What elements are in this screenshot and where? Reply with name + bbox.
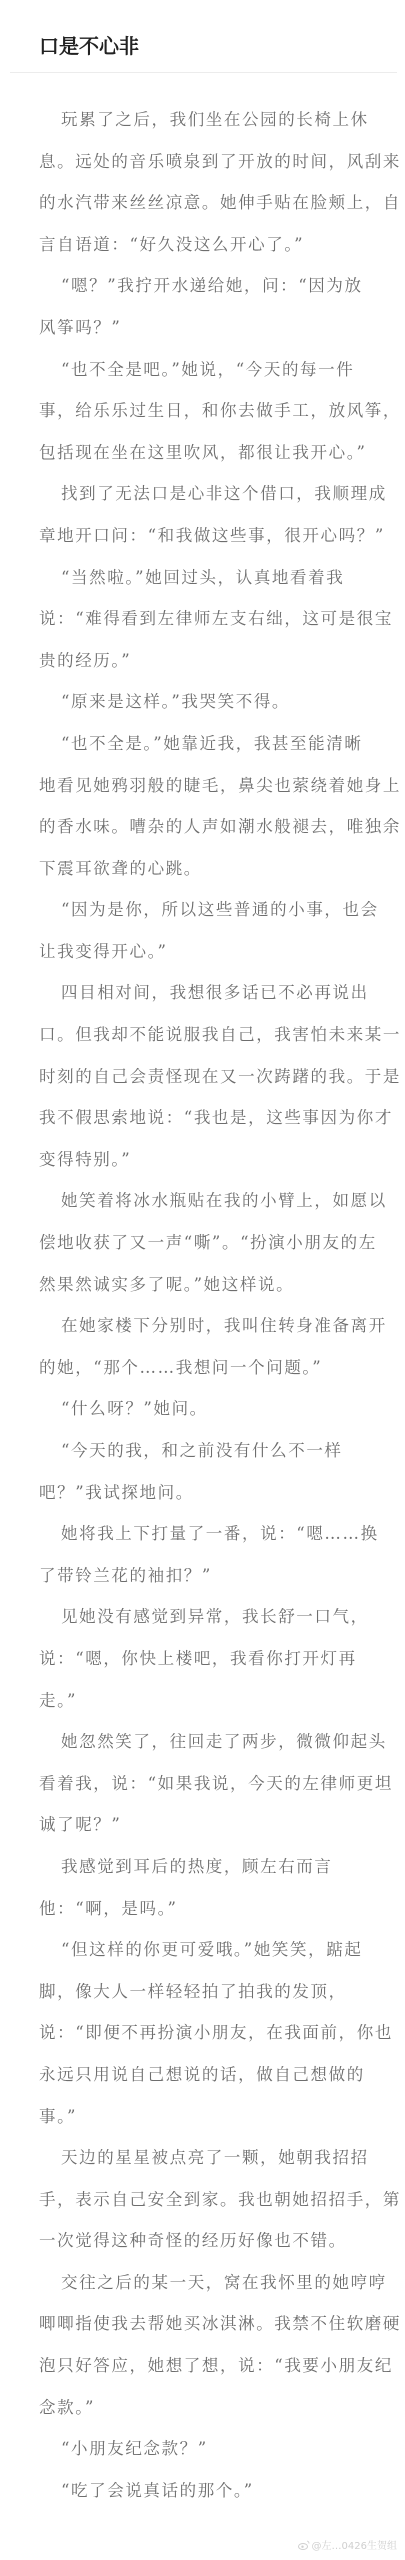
article-line: 地看见她鸦羽般的睫毛，鼻尖也萦绕着她身上 (39, 765, 369, 807)
article-line: 永远只用说自己想说的话，做自己想做的 (39, 2054, 369, 2096)
article-line: 的水汽带来丝丝凉意。她伸手贴在脸颊上，自 (39, 182, 369, 224)
weibo-icon (298, 2540, 310, 2550)
article-line: 口。但我却不能说服我自己，我害怕未来某一 (39, 1014, 369, 1056)
article-line: 事，给乐乐过生日，和你去做手工，放风筝， (39, 390, 369, 432)
article-line: 天边的星星被点亮了一颗，她朝我招招 (39, 2137, 369, 2179)
article-line: 吧？”我试探地问。 (39, 1472, 369, 1514)
article-header: 口是不心非 (0, 0, 405, 73)
article-line: 他：“啊，是吗。” (39, 1888, 369, 1930)
article-line: 看着我，说：“如果我说，今天的左律师更坦 (39, 1763, 369, 1805)
article-line: 贵的经历。” (39, 640, 369, 682)
article-line: 手，表示自己安全到家。我也朝她招招手，第 (39, 2179, 369, 2221)
header-divider (10, 72, 397, 73)
article-line: 然果然诚实多了呢。”她这样说。 (39, 1264, 369, 1306)
watermark: @左…0426生贺组 (298, 2537, 397, 2552)
article-line: 念款。” (39, 2387, 369, 2429)
article-line: “什么呀？”她问。 (39, 1388, 369, 1430)
article-line: 见她没有感觉到异常，我长舒一口气， (39, 1596, 369, 1638)
article-line: “也不全是。”她靠近我，我甚至能清晰 (39, 723, 369, 765)
article-line: 息。远处的音乐喷泉到了开放的时间，风刮来 (39, 141, 369, 183)
article-line: “小朋友纪念款？” (39, 2428, 369, 2470)
article-line: 了带铃兰花的袖扣？” (39, 1555, 369, 1597)
article-title: 口是不心非 (39, 34, 139, 58)
article-line: 让我变得开心。” (39, 931, 369, 973)
article-line: “嗯？”我拧开水递给她，问：“因为放 (39, 265, 369, 307)
article-line: “但这样的你更可爱哦。”她笑笑，踮起 (39, 1929, 369, 1971)
article-line: 我感觉到耳后的热度，顾左右而言 (39, 1846, 369, 1888)
article-line: 说：“即便不再扮演小朋友，在我面前，你也 (39, 2012, 369, 2054)
article-line: 说：“嗯，你快上楼吧，我看你打开灯再 (39, 1638, 369, 1680)
article-line: 包括现在坐在这里吹风，都很让我开心。” (39, 432, 369, 474)
article-line: 的香水味。嘈杂的人声如潮水般褪去，唯独余 (39, 806, 369, 848)
article-line: “原来是这样。”我哭笑不得。 (39, 681, 369, 723)
article-line: 诚了呢？” (39, 1804, 369, 1846)
article-line: 说：“难得看到左律师左支右绌，这可是很宝 (39, 598, 369, 640)
article-line: 她笑着将冰水瓶贴在我的小臂上，如愿以 (39, 1180, 369, 1222)
article-line: 的她，“那个……我想问一个问题。” (39, 1347, 369, 1389)
article-line: 言自语道：“好久没这么开心了。” (39, 224, 369, 266)
article-line: 我不假思索地说：“我也是，这些事因为你才 (39, 1097, 369, 1139)
article-line: 四目相对间，我想很多话已不必再说出 (39, 972, 369, 1014)
article-line: 她将我上下打量了一番，说：“嗯……换 (39, 1513, 369, 1555)
article-body: 玩累了之后，我们坐在公园的长椅上休息。远处的音乐喷泉到了开放的时间，风刮来的水汽… (39, 99, 369, 2511)
article-line: 下震耳欲聋的心跳。 (39, 848, 369, 890)
article-line: 事。” (39, 2096, 369, 2138)
article-line: 走。” (39, 1680, 369, 1722)
article-line: 泡只好答应，她想了想，说：“我要小朋友纪 (39, 2345, 369, 2387)
article-line: 章地开口问：“和我做这些事，很开心吗？” (39, 515, 369, 557)
article-line: “当然啦。”她回过头，认真地看着我 (39, 557, 369, 599)
article-line: “吃了会说真话的那个。” (39, 2470, 369, 2512)
article-line: 唧唧指使我去帮她买冰淇淋。我禁不住软磨硬 (39, 2303, 369, 2345)
article-line: 她忽然笑了，往回走了两步，微微仰起头 (39, 1721, 369, 1763)
article-line: 在她家楼下分别时，我叫住转身准备离开 (39, 1305, 369, 1347)
article-line: 风筝吗？” (39, 307, 369, 349)
article-line: “今天的我，和之前没有什么不一样 (39, 1430, 369, 1472)
article-line: 变得特别。” (39, 1139, 369, 1181)
article-line: 找到了无法口是心非这个借口，我顺理成 (39, 473, 369, 515)
article-line: 交往之后的某一天，窝在我怀里的她哼哼 (39, 2262, 369, 2304)
article-line: 一次觉得这种奇怪的经历好像也不错。 (39, 2220, 369, 2262)
article-line: 时刻的自己会责怪现在又一次踌躇的我。于是 (39, 1056, 369, 1098)
article-line: “因为是你，所以这些普通的小事，也会 (39, 889, 369, 931)
article-line: “也不全是吧。”她说，“今天的每一件 (39, 349, 369, 391)
article-line: 玩累了之后，我们坐在公园的长椅上休 (39, 99, 369, 141)
article-line: 脚，像大人一样轻轻拍了拍我的发顶， (39, 1971, 369, 2013)
watermark-text: @左…0426生贺组 (312, 2537, 397, 2552)
article-line: 偿地收获了又一声“嘶”。“扮演小朋友的左 (39, 1222, 369, 1264)
